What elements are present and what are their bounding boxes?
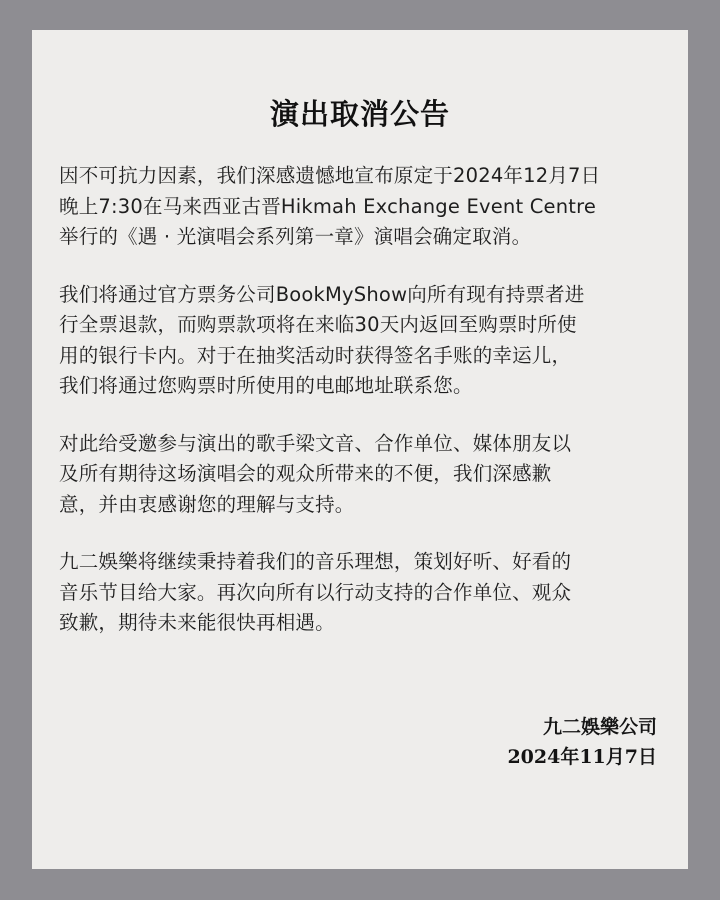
announcement-card: 演出取消公告 因不可抗力因素，我们深感遗憾地宣布原定于2024年12月7日 晚上… [32,30,688,869]
signature-company: 九二娛樂公司 [507,712,657,742]
paragraph-closing: 九二娛樂将继续秉持着我们的音乐理想，策划好听、好看的 音乐节目给大家。再次向所有… [59,547,679,639]
signature-block: 九二娛樂公司 2024年11月7日 [507,712,657,772]
signature-date: 2024年11月7日 [507,742,657,772]
paragraph-refund: 我们将通过官方票务公司BookMyShow向所有现有持票者进 行全票退款，而购票… [59,280,679,402]
paragraph-cancellation: 因不可抗力因素，我们深感遗憾地宣布原定于2024年12月7日 晚上7:30在马来… [59,161,679,253]
paragraph-apology: 对此给受邀参与演出的歌手梁文音、合作单位、媒体朋友以 及所有期待这场演唱会的观众… [59,429,679,521]
announcement-body: 因不可抗力因素，我们深感遗憾地宣布原定于2024年12月7日 晚上7:30在马来… [59,161,679,666]
announcement-title: 演出取消公告 [32,92,688,133]
